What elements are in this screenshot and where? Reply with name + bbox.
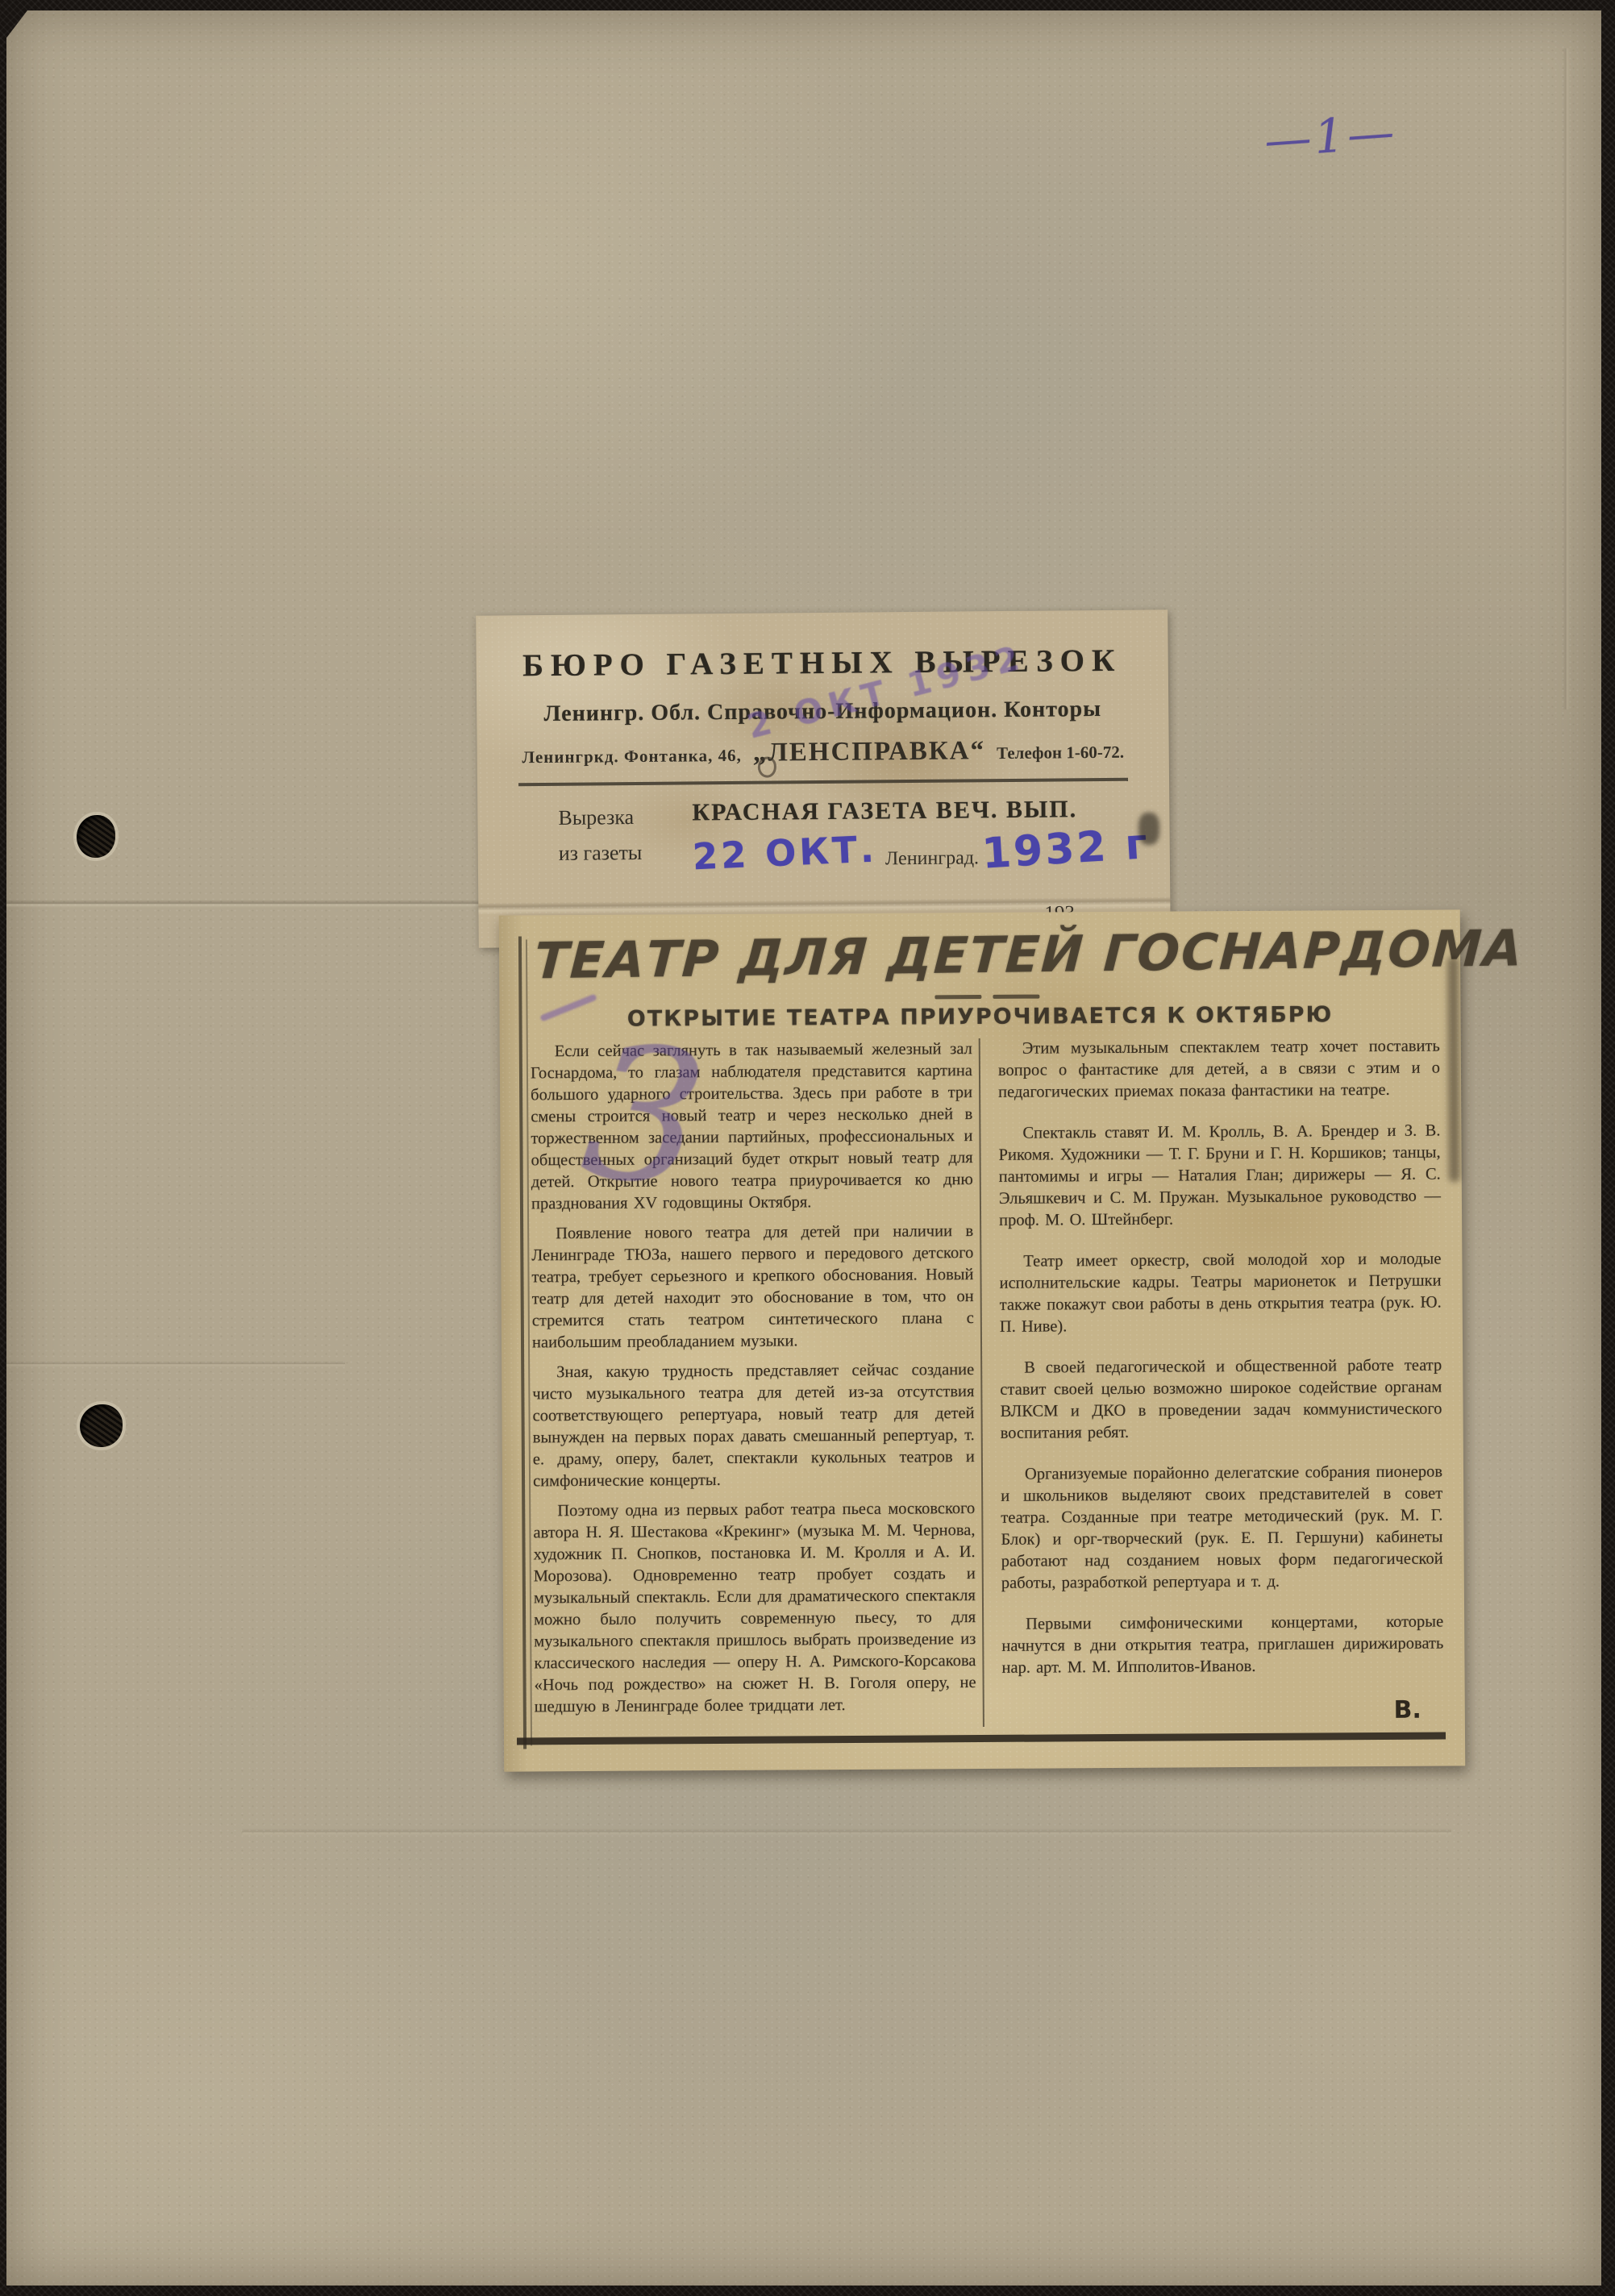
paragraph: Первыми симфоническими концертами, котор…: [1001, 1612, 1443, 1679]
newspaper-name: КРАСНАЯ ГАЗЕТА ВЕЧ. ВЫП.: [692, 795, 1149, 826]
paragraph: Этим музыкальным спектаклем театр хочет …: [998, 1036, 1440, 1104]
bureau-address: Ленингркд. Фонтанка, 46,: [522, 746, 742, 767]
cutting-source-row: Вырезка из газеты КРАСНАЯ ГАЗЕТА ВЕЧ. ВЫ…: [477, 795, 1170, 878]
punch-hole: [77, 815, 115, 858]
cutting-dateline: 22 ОКТ. Ленинград. 1932 г: [693, 824, 1151, 876]
bureau-address-row: Ленингркд. Фонтанка, 46, „ЛЕНСПРАВКА“ Те…: [477, 734, 1169, 770]
edge-stain: [1447, 956, 1460, 1182]
paragraph: Появление нового театра для детей при на…: [531, 1221, 974, 1354]
date-ink-stamp: 2 ОКТ 1932: [743, 623, 1081, 747]
paragraph: Поэтому одна из первых работ театра пьес…: [533, 1498, 976, 1718]
city-label: Ленинград.: [885, 847, 979, 870]
punch-hole: [80, 1404, 123, 1447]
bureau-brand-name: „ЛЕНСПРАВКА“: [753, 736, 986, 768]
article-bottom-rule: [517, 1732, 1446, 1745]
cutting-source: КРАСНАЯ ГАЗЕТА ВЕЧ. ВЫП. 22 ОКТ. Ленингр…: [692, 795, 1150, 876]
headline-ornament: [934, 995, 1039, 1000]
divider-rule: [519, 778, 1128, 787]
ink-mark-icon: [758, 757, 776, 778]
paragraph: Театр имеет оркестр, свой молодой хор и …: [999, 1249, 1442, 1338]
handwritten-day-month: 22 ОКТ.: [692, 827, 878, 878]
ornament-dash: [993, 995, 1039, 999]
cutting-label-line2: из газеты: [559, 835, 664, 871]
paragraph: Зная, какую трудность представляет сейча…: [532, 1359, 975, 1492]
article-headline: ТЕАТР ДЛЯ ДЕТЕЙ ГОСНАРДОМА: [533, 919, 1456, 990]
paragraph: Спектакль ставят И. М. Кролль, В. А. Бре…: [998, 1121, 1441, 1232]
article-column-right: Этим музыкальным спектаклем театр хочет …: [979, 1036, 1444, 1727]
cutting-label: Вырезка из газеты: [558, 800, 664, 871]
clipping-bureau-slip: БЮРО ГАЗЕТНЫХ ВЫРЕЗОК Ленингр. Обл. Спра…: [476, 609, 1171, 947]
scan-background: —1— БЮРО ГАЗЕТНЫХ ВЫРЕЗОК Ленингр. Обл. …: [0, 0, 1615, 2296]
column-rule-left: [518, 936, 527, 1749]
handwritten-year: 1932 г: [980, 820, 1151, 879]
author-signature: В.: [1002, 1696, 1444, 1727]
bureau-phone: Телефон 1-60-72.: [997, 742, 1124, 763]
ornament-dash: [934, 995, 981, 999]
paragraph: В своей педагогической и общественной ра…: [1000, 1355, 1442, 1445]
paragraph: Организуемые порайонно делегатские собра…: [1001, 1462, 1443, 1595]
ink-smudge: [1138, 813, 1159, 845]
cutting-label-line1: Вырезка: [558, 800, 663, 836]
